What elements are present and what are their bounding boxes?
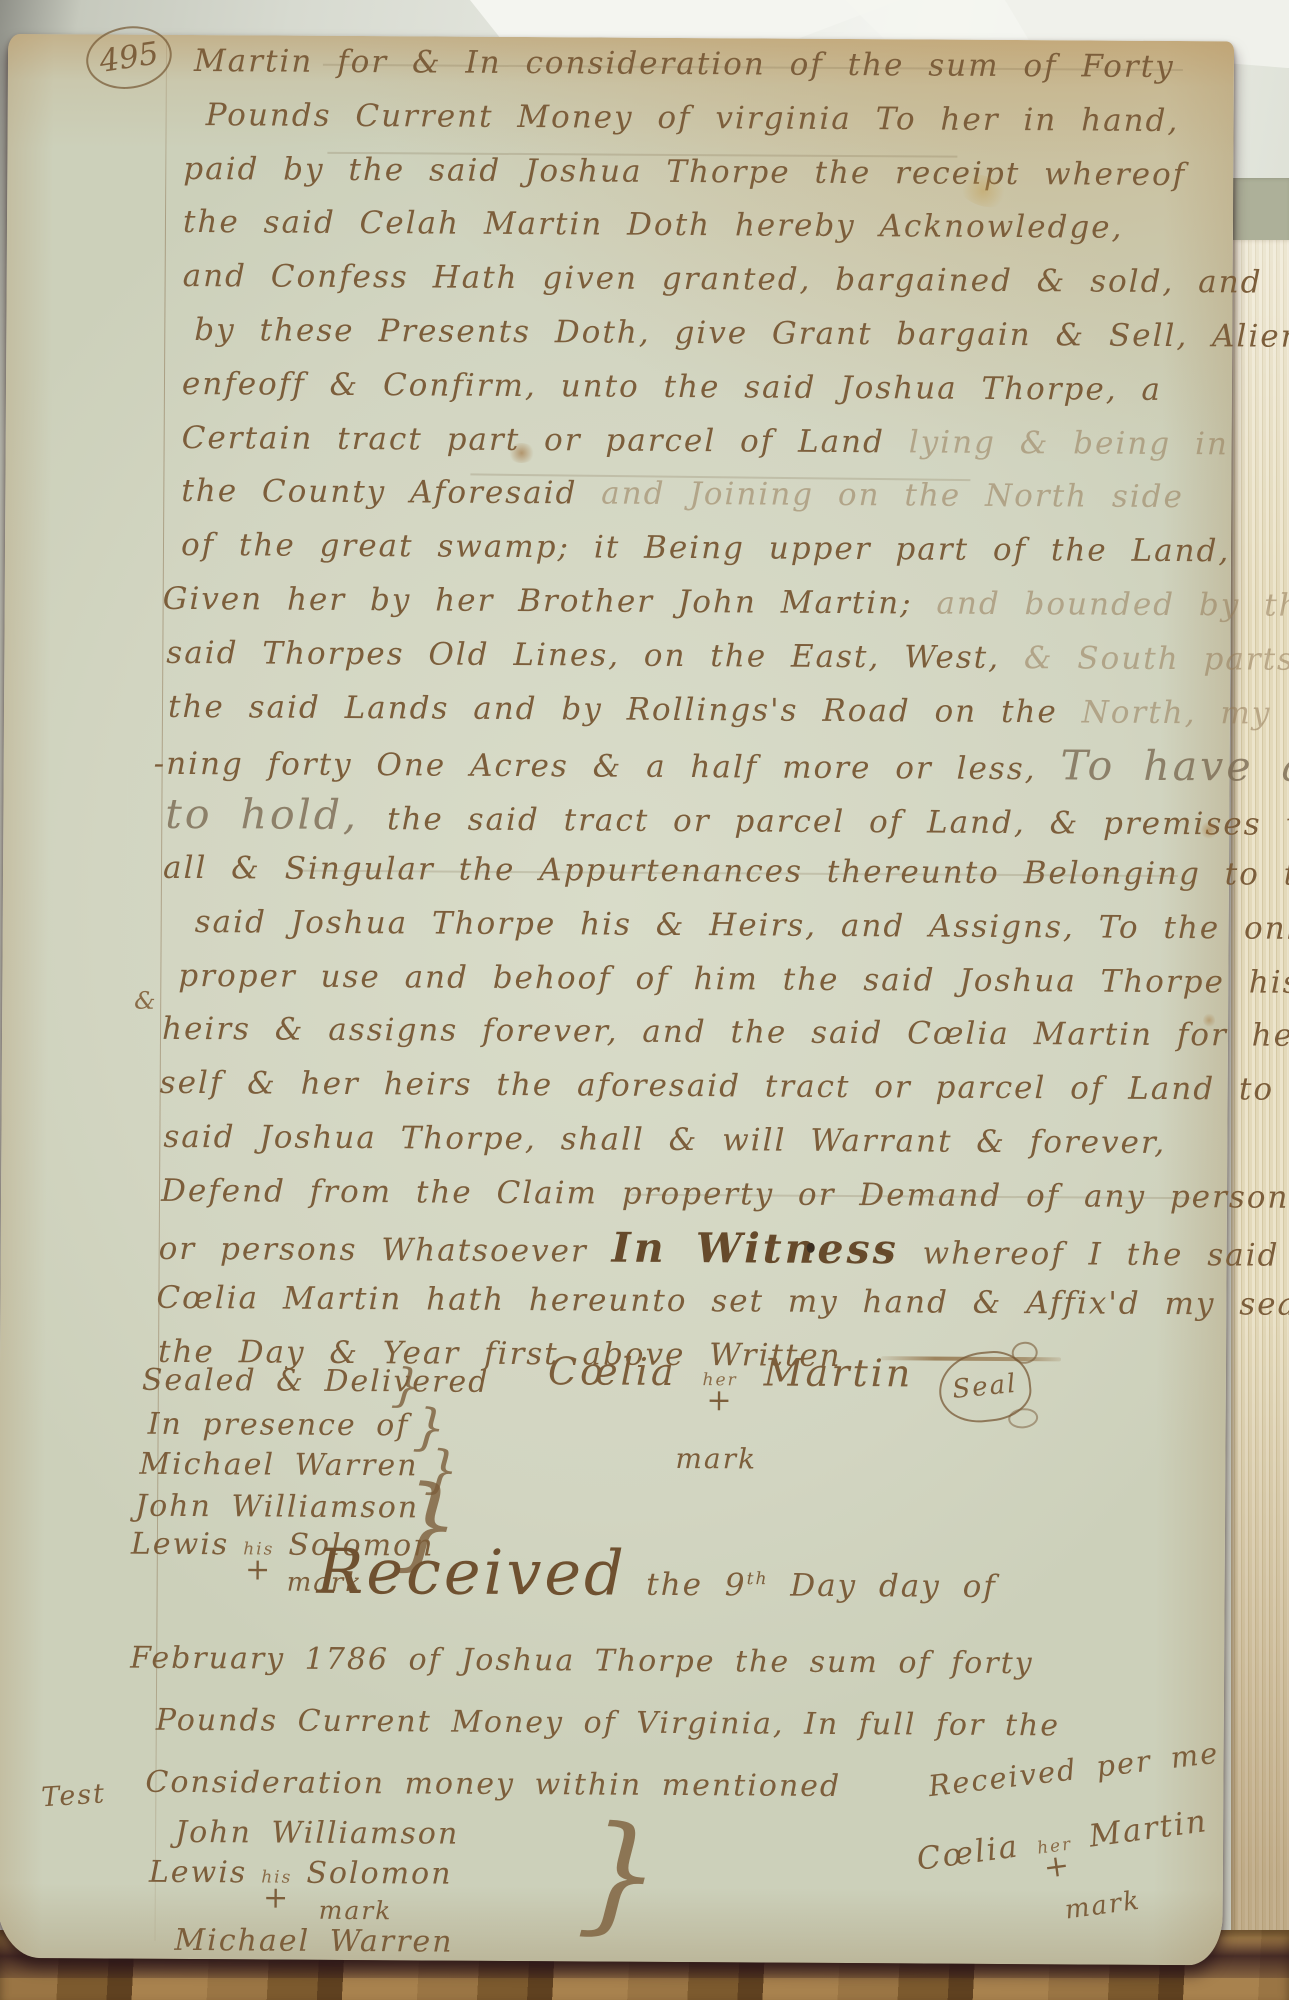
receipt-line: Consideration money within mentioned xyxy=(145,1765,841,1804)
witness-last-name: Solomon xyxy=(306,1856,452,1892)
deed-line: -ning forty One Acres & a half more or l… xyxy=(154,734,1230,794)
witness-signature-lewis-solomon: Lewis his + Solomon xyxy=(149,1855,453,1912)
text-segment: enfeoff & Confirm, unto the said Joshua … xyxy=(182,366,1162,408)
witness-signature-michael-warren: Michael Warren xyxy=(139,1447,418,1484)
signature-cross-mark: his + xyxy=(261,1869,292,1910)
signature-first-name: Cœlia xyxy=(915,1828,1022,1877)
deed-line: said Thorpes Old Lines, on the East, Wes… xyxy=(166,627,1230,687)
attestation-in-presence: In presence of xyxy=(148,1407,410,1444)
receipt-date-intro: the 9th Day day of xyxy=(646,1567,997,1605)
text-segment: Certain tract part or parcel of Land xyxy=(182,420,909,460)
deed-line: paid by the said Joshua Thorpe the recei… xyxy=(183,143,1233,203)
deed-line: of the great swamp; it Being upper part … xyxy=(181,519,1231,579)
text-segment: the County Aforesaid xyxy=(181,473,601,512)
text-segment: the said Celah Martin Doth hereby Acknow… xyxy=(183,204,1124,246)
text-segment: Defend from the Claim property or Demand… xyxy=(161,1173,1289,1216)
mark-label: mark xyxy=(675,1442,757,1475)
text-segment: whereof I the said xyxy=(899,1235,1280,1273)
signature-cross-mark: her + xyxy=(702,1372,737,1413)
text-segment: the said Lands and by Rollings's Road on… xyxy=(168,688,1082,730)
signature-cross-mark: his + xyxy=(243,1541,274,1582)
deed-line: Defend from the Claim property or Demand… xyxy=(161,1165,1227,1225)
received-per-me-note: Received per me xyxy=(927,1736,1221,1804)
receipt-line: Pounds Current Money of Virginia, In ful… xyxy=(156,1703,1060,1744)
text-segment: said Joshua Thorpe his & Heirs, and Assi… xyxy=(195,904,1289,947)
cross-glyph: + xyxy=(706,1389,733,1413)
text-segment: To have and xyxy=(1060,742,1289,792)
witness-signature-michael-warren: Michael Warren xyxy=(174,1923,453,1960)
text-segment: all & Singular the Appurtenances thereun… xyxy=(163,850,1289,893)
text-segment: said Thorpes Old Lines, on the East, Wes… xyxy=(166,635,1024,676)
text-segment: of the great swamp; it Being upper part … xyxy=(181,527,1230,569)
ink-blot xyxy=(807,1243,815,1253)
attestation-sealed-delivered: Sealed & Delivered xyxy=(142,1363,490,1400)
paper-stain xyxy=(1203,1013,1215,1027)
seal-label: Seal xyxy=(951,1369,1019,1405)
receipt-opening-line: Received the 9th Day day of xyxy=(316,1532,997,1616)
page-number: 495 xyxy=(97,35,161,79)
text-segment: or persons Whatsoever xyxy=(159,1230,612,1269)
text-segment: heirs & assigns forever, and the said Cœ… xyxy=(162,1011,1289,1054)
text-segment: Given her by her Brother John Martin; xyxy=(163,581,937,622)
text-segment: paid by the said Joshua Thorpe the recei… xyxy=(183,151,1186,193)
deed-line: said Joshua Thorpe, shall & will Warrant… xyxy=(163,1111,1227,1171)
seal-stamp: Seal xyxy=(936,1348,1034,1427)
signature-first-name: Cœlia xyxy=(548,1349,677,1394)
deed-line: and Confess Hath given granted, bargaine… xyxy=(182,250,1232,310)
deed-line: the said Celah Martin Doth hereby Acknow… xyxy=(183,196,1233,256)
deed-line: Cœlia Martin hath hereunto set my hand &… xyxy=(156,1272,1226,1332)
test-margin-note: Test xyxy=(40,1778,106,1813)
deed-body-text: Martin for & In consideration of the sum… xyxy=(176,35,1234,1386)
cross-glyph: + xyxy=(263,1886,290,1910)
deed-line: or persons Whatsoever In Witness whereof… xyxy=(159,1218,1227,1278)
received-word: Received xyxy=(317,1535,627,1610)
deed-line: the County Aforesaid and Joining on the … xyxy=(181,465,1231,525)
signature-cross-mark: her + xyxy=(1036,1836,1076,1881)
witness-signature-john-williamson: John Williamson xyxy=(135,1489,419,1526)
deed-line: heirs & assigns forever, and the said Cœ… xyxy=(162,1003,1228,1063)
text-segment: Cœlia Martin hath hereunto set my hand &… xyxy=(156,1280,1289,1323)
mark-label: mark xyxy=(1063,1886,1143,1926)
witness-first-name: Lewis xyxy=(131,1527,230,1563)
text-segment: and Confess Hath given granted, bargaine… xyxy=(183,258,1263,301)
deed-line: by these Presents Doth, give Grant barga… xyxy=(194,304,1232,364)
text-segment: said Joshua Thorpe, shall & will Warrant… xyxy=(163,1119,1166,1161)
text-segment: In Witness xyxy=(611,1223,898,1273)
text-segment: Pounds Current Money of virginia To her … xyxy=(206,97,1180,139)
text-segment: the 9 xyxy=(646,1567,747,1604)
text-segment: by these Presents Doth, give Grant barga… xyxy=(194,312,1289,355)
signature-last-name: Martin xyxy=(1087,1803,1210,1855)
text-segment: and bounded by the xyxy=(936,586,1289,624)
text-segment: & South parts of xyxy=(1024,640,1289,678)
deed-line: Martin for & In consideration of the sum… xyxy=(194,35,1234,95)
deed-line: Pounds Current Money of virginia To her … xyxy=(205,89,1233,149)
text-segment: th xyxy=(747,1569,769,1589)
deed-line: enfeoff & Confirm, unto the said Joshua … xyxy=(182,358,1232,418)
text-segment: the said tract or parcel of Land, & prem… xyxy=(387,801,1289,843)
witness-first-name: Lewis xyxy=(149,1855,248,1891)
deed-line: the said Lands and by Rollings's Road on… xyxy=(168,680,1230,740)
manuscript-page: 495 Martin for & In consideration of the… xyxy=(0,34,1234,1965)
deed-line: proper use and behoof of him the said Jo… xyxy=(178,949,1228,1009)
text-segment: Martin for & In consideration of the sum… xyxy=(194,43,1175,85)
celia-martin-signature: Cœlia her + Martin Seal xyxy=(548,1349,1032,1422)
cross-glyph: + xyxy=(1042,1854,1072,1881)
cross-glyph: + xyxy=(245,1558,272,1582)
witness-signature-john-williamson: John Williamson xyxy=(175,1815,459,1852)
text-segment: lying & being in xyxy=(909,424,1229,462)
deed-line: Certain tract part or parcel of Land lyi… xyxy=(181,412,1231,472)
margin-correction-mark: & xyxy=(134,987,156,1015)
deed-line: self & her heirs the aforesaid tract or … xyxy=(160,1057,1228,1117)
text-segment: self & her heirs the aforesaid tract or … xyxy=(160,1065,1289,1108)
celia-martin-receipt-signature: Cœlia her + Martin xyxy=(915,1803,1213,1898)
signature-last-name: Martin xyxy=(764,1351,914,1396)
text-segment: -ning forty One Acres & a half more or l… xyxy=(154,746,1061,788)
text-segment: to hold, xyxy=(165,790,387,839)
paper-stain xyxy=(1201,821,1216,839)
deed-line: said Joshua Thorpe his & Heirs, and Assi… xyxy=(195,896,1229,956)
deed-line: all & Singular the Appurtenances thereun… xyxy=(163,842,1229,902)
text-segment: and Joining on the North side xyxy=(601,476,1184,516)
mark-label: mark xyxy=(319,1896,393,1925)
paper-stain xyxy=(508,443,536,463)
ink-brace-flourish: } xyxy=(575,1797,665,1951)
deed-line: Given her by her Brother John Martin; an… xyxy=(163,573,1231,633)
receipt-line: February 1786 of Joshua Thorpe the sum o… xyxy=(130,1641,1034,1682)
deed-line: to hold, the said tract or parcel of Lan… xyxy=(165,788,1229,848)
text-segment: Day day of xyxy=(768,1568,997,1605)
text-segment: proper use and behoof of him the said Jo… xyxy=(178,957,1289,1000)
text-segment: North, my Contai xyxy=(1082,694,1289,732)
photograph-of-deed-book-page: 495 Martin for & In consideration of the… xyxy=(0,0,1289,2000)
